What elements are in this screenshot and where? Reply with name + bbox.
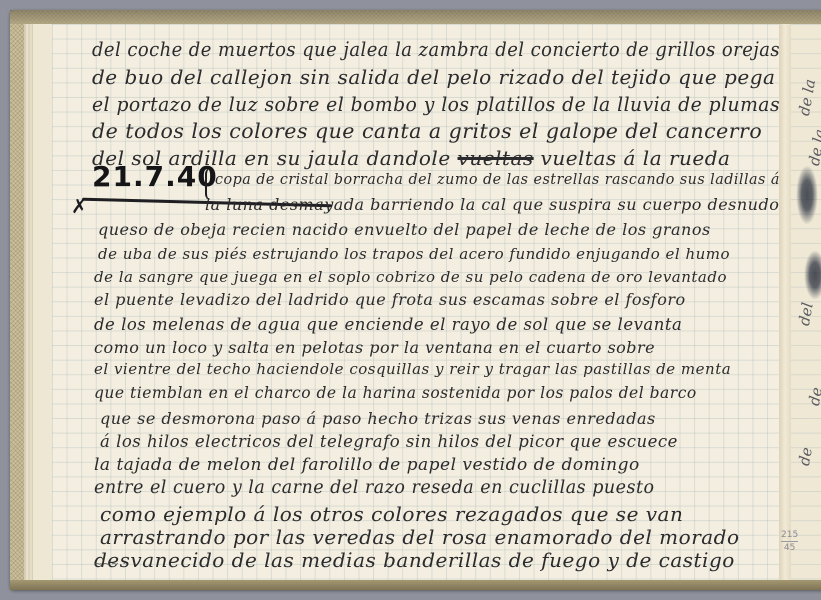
handwritten-line: que tiemblan en el charco de la harina s… xyxy=(94,384,697,402)
handwritten-line: arrastrando por las veredas del rosa ena… xyxy=(100,525,740,549)
bottom-scribble: ~~~ · xyxy=(94,559,126,570)
facing-page-line: del xyxy=(795,301,817,327)
facing-page-line: de xyxy=(805,386,821,407)
entry-date: 21.7.40 xyxy=(92,160,218,193)
struck-word: vueltas xyxy=(458,146,534,170)
ink-blot xyxy=(796,165,818,225)
page-gutter xyxy=(779,24,791,580)
facing-page-line: de la xyxy=(805,128,821,168)
facing-page-line: de la xyxy=(795,78,819,118)
page-number-top: 215 xyxy=(781,529,798,542)
handwritten-line: el portazo de luz sobre el bombo y los p… xyxy=(92,92,780,116)
handwritten-line: como un loco y salta en pelotas por la v… xyxy=(94,338,655,357)
facing-page-line: de xyxy=(795,446,816,467)
handwritten-line: del coche de muertos que jalea la zambra… xyxy=(92,37,780,61)
handwritten-line: entre el cuero y la carne del razo resed… xyxy=(94,478,655,498)
handwritten-line: copa de cristal borracha del zumo de las… xyxy=(215,170,780,188)
handwritten-line: la luna desmayada barriendo la cal que s… xyxy=(205,195,779,214)
handwritten-line: á los hilos electricos del telegrafo sin… xyxy=(100,432,678,451)
page-number: 215 45 xyxy=(781,529,798,554)
handwritten-line: de la sangre que juega en el soplo cobri… xyxy=(94,268,727,286)
line-text: vueltas á la rueda xyxy=(541,146,731,170)
handwritten-line: el puente levadizo del ladrido que frota… xyxy=(94,290,686,309)
margin-mark-icon: ✗ xyxy=(71,194,88,218)
handwritten-line: de buo del callejon sin salida del pelo … xyxy=(92,65,775,89)
handwritten-line: que se desmorona paso á paso hecho triza… xyxy=(100,409,656,428)
handwritten-line: como ejemplo á los otros colores rezagad… xyxy=(100,502,683,526)
handwritten-line: de uba de sus piés estrujando los trapos… xyxy=(98,245,730,263)
page-number-bottom: 45 xyxy=(781,542,798,554)
handwritten-line: desvanecido de las medias banderillas de… xyxy=(94,548,735,572)
handwritten-line: la tajada de melon del farolillo de pape… xyxy=(94,455,640,475)
facing-page: de la de la del de de xyxy=(791,24,821,580)
handwritten-line: queso de obeja recien nacido envuelto de… xyxy=(98,220,711,239)
ink-blot xyxy=(804,250,821,300)
cover-bottom-edge xyxy=(10,580,821,590)
handwritten-line: de los melenas de agua que enciende el r… xyxy=(94,315,682,334)
handwritten-line: de todos los colores que canta a gritos … xyxy=(92,119,762,143)
handwritten-line: el vientre del techo haciendole cosquill… xyxy=(94,360,731,378)
cover-top-edge xyxy=(10,10,821,24)
